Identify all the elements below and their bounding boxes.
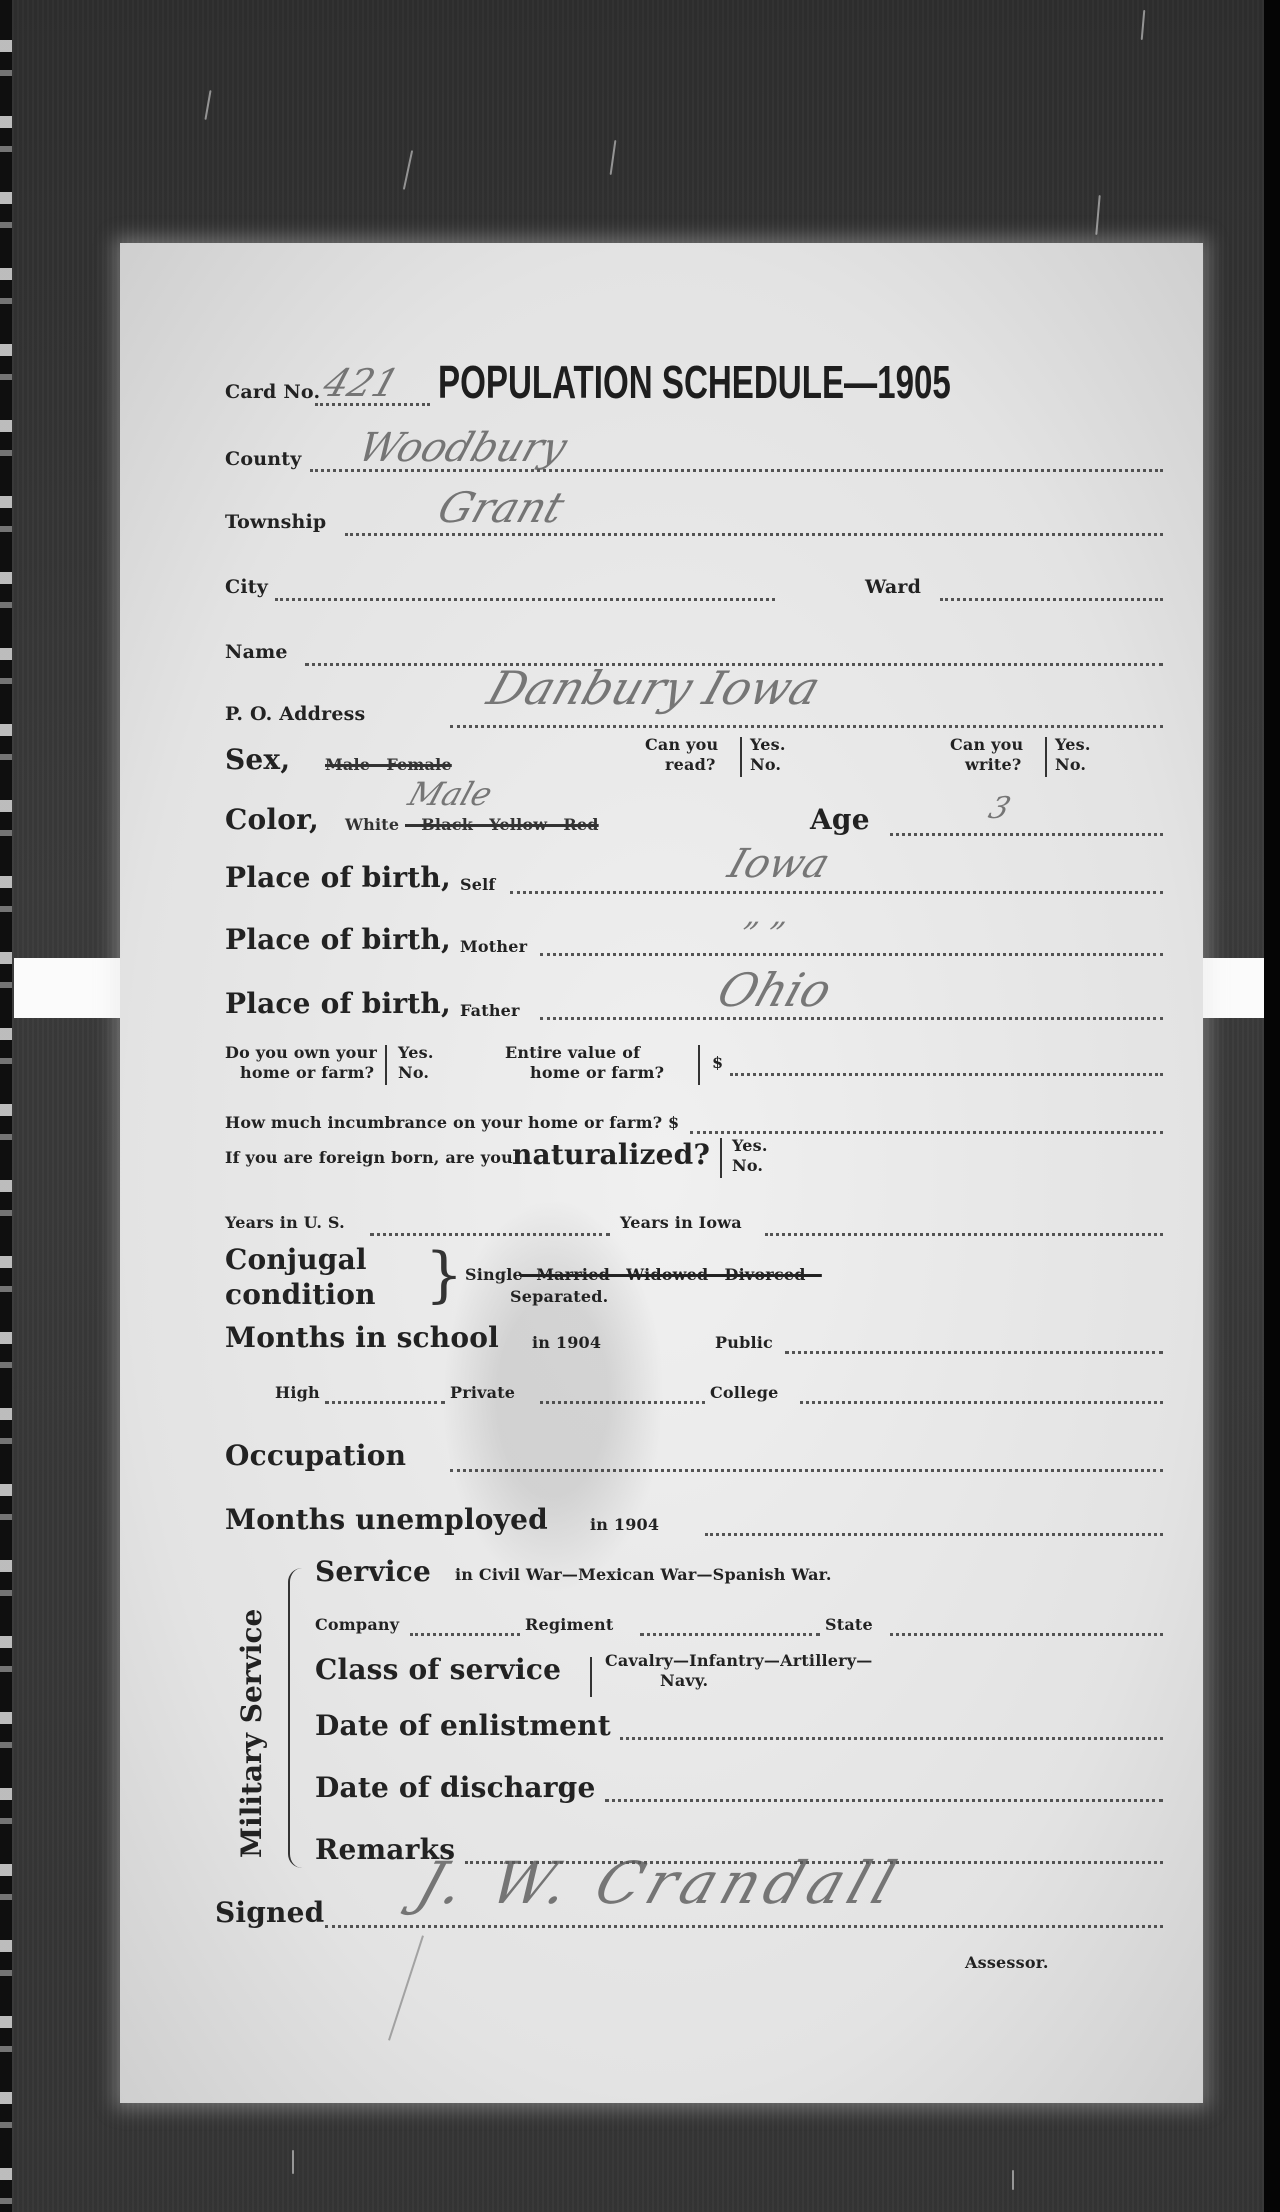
naturalized-bracket <box>720 1138 722 1178</box>
write-no: No. <box>1055 755 1086 774</box>
regiment-line <box>640 1633 820 1636</box>
city-line <box>275 598 775 601</box>
write-label-1: Can you <box>950 735 1023 754</box>
state-label: State <box>825 1615 873 1634</box>
school-high-line <box>325 1401 445 1404</box>
years-iowa-label: Years in Iowa <box>620 1213 742 1232</box>
birth-father-sub: Father <box>460 1001 520 1020</box>
school-college-label: College <box>710 1383 779 1402</box>
township-label: Township <box>225 511 326 533</box>
conjugal-single: Single <box>465 1265 523 1284</box>
naturalized-label-pre: If you are foreign born, are you <box>225 1148 513 1167</box>
birth-self-sub: Self <box>460 875 496 894</box>
color-struck-options: —Black—Yellow—Red <box>405 815 599 834</box>
school-college-line <box>800 1401 1163 1404</box>
birth-mother-value: ” ” <box>734 915 789 953</box>
class-of-service-label: Class of service <box>315 1653 561 1686</box>
sex-label: Sex, <box>225 743 290 776</box>
birth-mother-label: Place of birth, <box>225 923 451 956</box>
read-yes: Yes. <box>750 735 786 754</box>
document-title: POPULATION SCHEDULE—1905 <box>438 355 951 409</box>
school-public-line <box>785 1351 1163 1354</box>
pen-stroke <box>388 1935 424 2040</box>
home-value-currency: $ <box>712 1053 723 1072</box>
years-iowa-line <box>765 1233 1163 1236</box>
own-home-yes: Yes. <box>398 1043 434 1062</box>
class-options-2: Navy. <box>660 1671 708 1690</box>
card-no-label: Card No. <box>225 381 320 403</box>
county-label: County <box>225 448 301 470</box>
read-bracket <box>740 737 742 777</box>
conjugal-label-2: condition <box>225 1278 376 1311</box>
birth-father-value: Ohio <box>711 963 838 1017</box>
unemployed-line <box>705 1533 1163 1536</box>
unemployed-year: in 1904 <box>590 1515 659 1534</box>
conjugal-struck-options: —Married—Widowed—Divorced— <box>520 1265 822 1284</box>
read-label-2: read? <box>665 755 716 774</box>
color-label: Color, <box>225 803 319 836</box>
own-home-label-2: home or farm? <box>240 1063 374 1082</box>
school-label: Months in school <box>225 1321 499 1354</box>
birth-self-line <box>510 891 1163 894</box>
incumbrance-label: How much incumbrance on your home or far… <box>225 1113 679 1132</box>
enlistment-line <box>620 1737 1163 1740</box>
occupation-label: Occupation <box>225 1439 406 1472</box>
name-label: Name <box>225 641 288 663</box>
discharge-label: Date of discharge <box>315 1771 595 1804</box>
read-no: No. <box>750 755 781 774</box>
discharge-line <box>605 1799 1163 1802</box>
birth-father-line <box>540 1017 1163 1020</box>
township-value: Grant <box>432 483 571 532</box>
birth-mother-sub: Mother <box>460 937 527 956</box>
home-value-label-2: home or farm? <box>530 1063 664 1082</box>
state-line <box>890 1633 1163 1636</box>
school-year: in 1904 <box>532 1333 601 1352</box>
card-no-value: 421 <box>318 361 405 405</box>
birth-mother-line <box>540 953 1163 956</box>
incumbrance-line <box>690 1131 1163 1134</box>
enlistment-label: Date of enlistment <box>315 1709 611 1742</box>
ward-line <box>940 598 1163 601</box>
sex-options: Male—Female <box>325 755 452 774</box>
own-home-no: No. <box>398 1063 429 1082</box>
school-high-label: High <box>275 1383 320 1402</box>
class-options-1: Cavalry—Infantry—Artillery— <box>605 1651 872 1670</box>
write-label-2: write? <box>965 755 1021 774</box>
years-us-label: Years in U. S. <box>225 1213 345 1232</box>
school-public-label: Public <box>715 1333 773 1352</box>
regiment-label: Regiment <box>525 1615 613 1634</box>
naturalized-yes: Yes. <box>732 1136 768 1155</box>
conjugal-label-1: Conjugal <box>225 1243 367 1276</box>
township-line <box>345 533 1163 536</box>
po-address-value: Danbury Iowa <box>481 661 827 715</box>
military-brace <box>288 1568 304 1868</box>
birth-father-label: Place of birth, <box>225 987 451 1020</box>
color-white: White <box>345 815 399 834</box>
ward-label: Ward <box>865 576 921 598</box>
city-label: City <box>225 576 268 598</box>
home-value-line <box>730 1073 1163 1076</box>
write-yes: Yes. <box>1055 735 1091 754</box>
birth-self-value: Iowa <box>723 841 836 887</box>
age-value: 3 <box>984 791 1014 826</box>
conjugal-brace: } <box>425 1245 463 1305</box>
school-private-label: Private <box>450 1383 515 1402</box>
county-value: Woodbury <box>353 425 573 471</box>
school-private-line <box>540 1401 705 1404</box>
po-address-label: P. O. Address <box>225 703 365 725</box>
own-home-label-1: Do you own your <box>225 1043 377 1062</box>
home-value-label-1: Entire value of <box>505 1043 640 1062</box>
own-home-bracket <box>385 1045 387 1085</box>
service-label: Service <box>315 1555 431 1588</box>
unemployed-label: Months unemployed <box>225 1503 548 1536</box>
sex-value: Male <box>404 775 497 813</box>
conjugal-separated: Separated. <box>510 1287 608 1306</box>
company-label: Company <box>315 1615 399 1634</box>
naturalized-label: naturalized? <box>512 1138 710 1171</box>
po-address-line <box>450 725 1163 728</box>
age-line <box>890 833 1163 836</box>
home-value-bracket <box>698 1045 700 1085</box>
census-card: Card No. 421 POPULATION SCHEDULE—1905 Co… <box>120 243 1203 2103</box>
age-label: Age <box>810 803 870 836</box>
military-service-side-label: Military Service <box>235 1609 268 1858</box>
signature-value: J. W. Crandall <box>409 1849 910 1917</box>
occupation-line <box>450 1469 1163 1472</box>
class-bracket <box>590 1657 592 1697</box>
assessor-label: Assessor. <box>965 1953 1049 1972</box>
naturalized-no: No. <box>732 1156 763 1175</box>
write-bracket <box>1045 737 1047 777</box>
signed-line <box>325 1925 1163 1928</box>
years-us-line <box>370 1233 610 1236</box>
service-wars: in Civil War—Mexican War—Spanish War. <box>455 1565 832 1584</box>
read-label-1: Can you <box>645 735 718 754</box>
signed-label: Signed <box>215 1896 324 1929</box>
birth-self-label: Place of birth, <box>225 861 451 894</box>
company-line <box>410 1633 520 1636</box>
